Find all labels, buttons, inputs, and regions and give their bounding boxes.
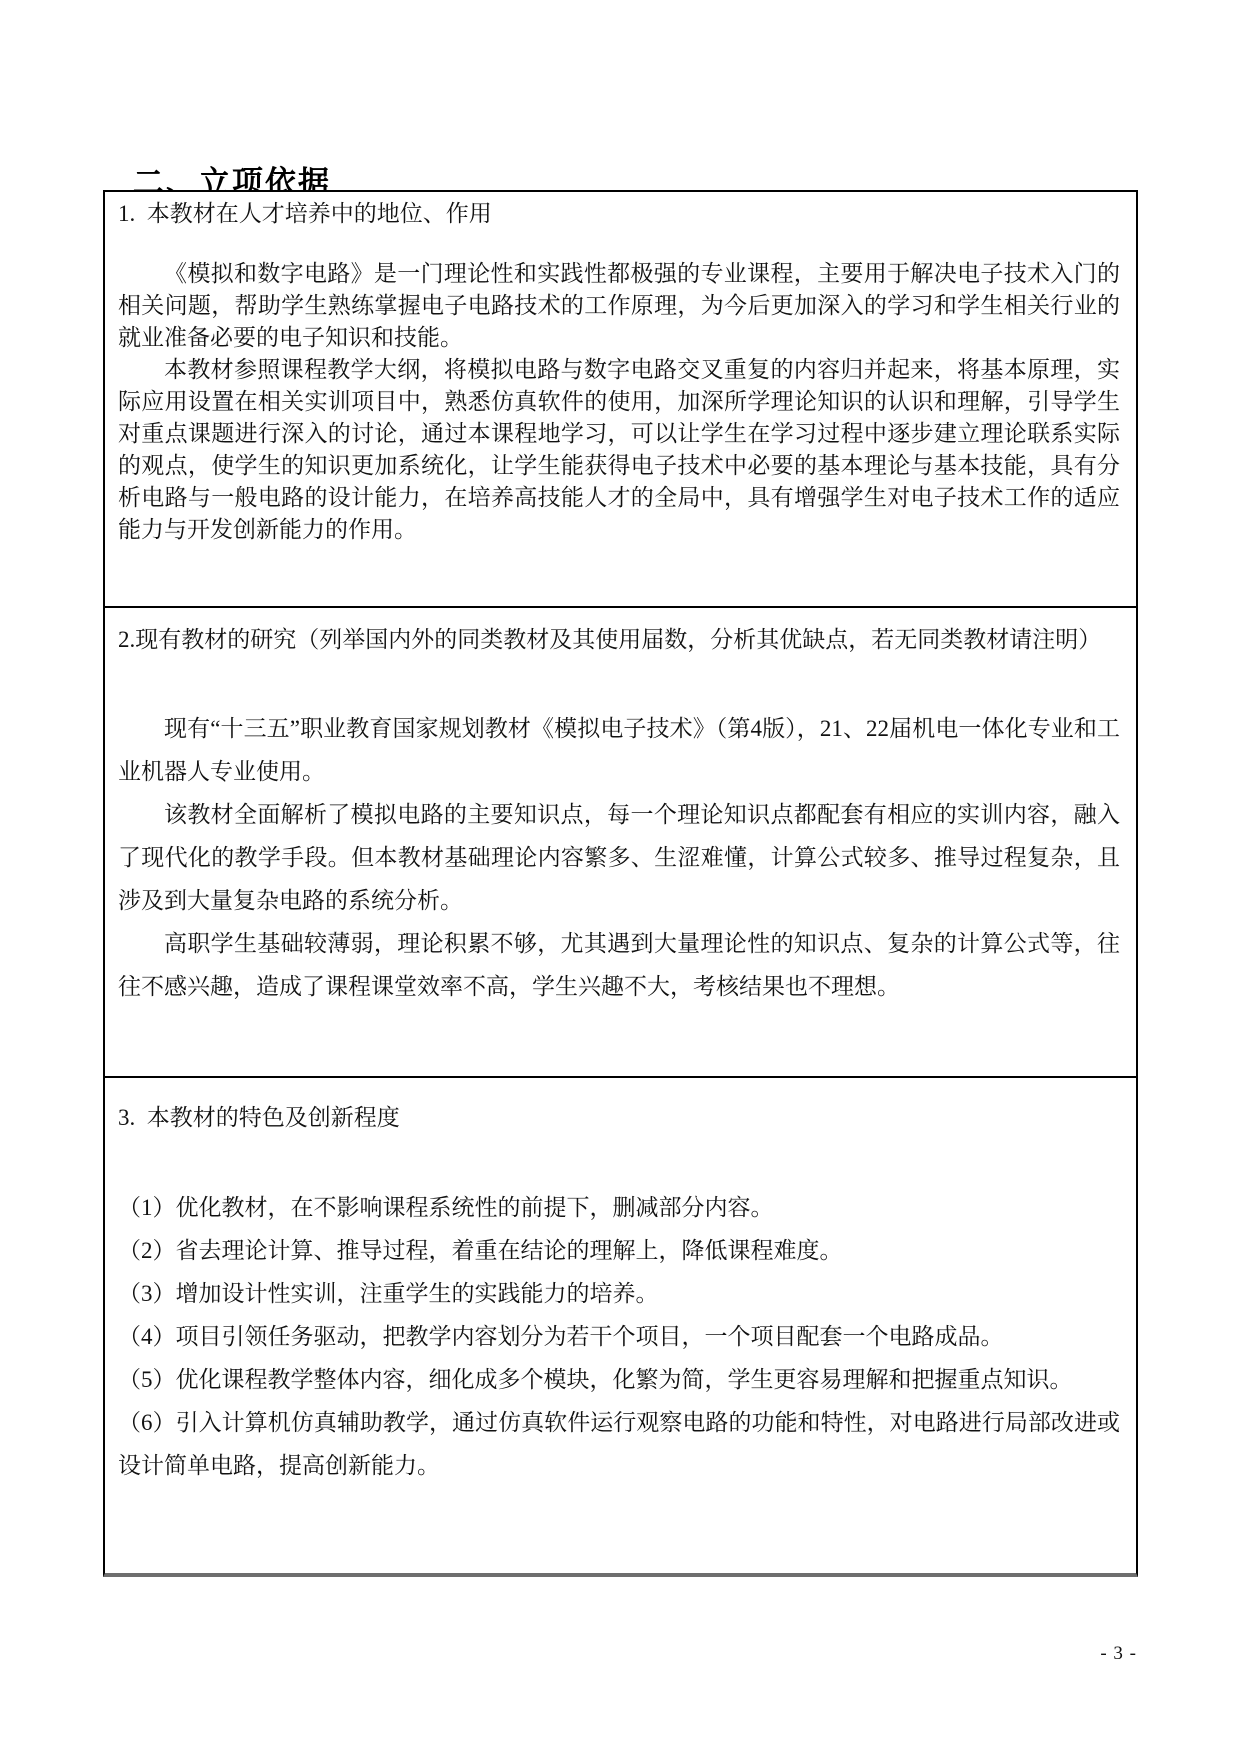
feature-item: （6）引入计算机仿真辅助教学，通过仿真软件运行观察电路的功能和特性，对电路进行局… bbox=[118, 1401, 1120, 1487]
section-textbook-role: 1. 本教材在人才培养中的地位、作用 《模拟和数字电路》是一门理论性和实践性都极… bbox=[105, 192, 1136, 606]
section-features-innovation: 3. 本教材的特色及创新程度 （1）优化教材，在不影响课程系统性的前提下，删减部… bbox=[105, 1076, 1136, 1573]
feature-item: （1）优化教材，在不影响课程系统性的前提下，删减部分内容。 bbox=[118, 1186, 1120, 1229]
feature-item: （5）优化课程教学整体内容，细化成多个模块，化繁为简，学生更容易理解和把握重点知… bbox=[118, 1358, 1120, 1401]
page-number: - 3 - bbox=[1100, 1643, 1137, 1665]
section-2-paragraph: 该教材全面解析了模拟电路的主要知识点，每一个理论知识点都配套有相应的实训内容，融… bbox=[118, 793, 1120, 922]
project-basis-table: 1. 本教材在人才培养中的地位、作用 《模拟和数字电路》是一门理论性和实践性都极… bbox=[103, 190, 1138, 1577]
section-1-paragraph: 《模拟和数字电路》是一门理论性和实践性都极强的专业课程，主要用于解决电子技术入门… bbox=[118, 258, 1120, 354]
document-page: 二、立项依据 1. 本教材在人才培养中的地位、作用 《模拟和数字电路》是一门理论… bbox=[0, 0, 1240, 1753]
section-2-paragraph: 现有“十三五”职业教育国家规划教材《模拟电子技术》（第4版），21、22届机电一… bbox=[118, 707, 1120, 793]
section-3-heading: 3. 本教材的特色及创新程度 bbox=[118, 1102, 1120, 1134]
section-2-heading: 2.现有教材的研究（列举国内外的同类教材及其使用届数，分析其优缺点，若无同类教材… bbox=[118, 618, 1120, 661]
feature-item: （2）省去理论计算、推导过程，着重在结论的理解上，降低课程难度。 bbox=[118, 1229, 1120, 1272]
section-1-paragraph: 本教材参照课程教学大纲，将模拟电路与数字电路交叉重复的内容归并起来，将基本原理，… bbox=[118, 354, 1120, 546]
feature-item: （3）增加设计性实训，注重学生的实践能力的培养。 bbox=[118, 1272, 1120, 1315]
feature-item: （4）项目引领任务驱动，把教学内容划分为若干个项目，一个项目配套一个电路成品。 bbox=[118, 1315, 1120, 1358]
section-2-paragraph: 高职学生基础较薄弱，理论积累不够，尤其遇到大量理论性的知识点、复杂的计算公式等，… bbox=[118, 922, 1120, 1008]
section-1-heading: 1. 本教材在人才培养中的地位、作用 bbox=[118, 198, 1120, 230]
section-existing-textbook-research: 2.现有教材的研究（列举国内外的同类教材及其使用届数，分析其优缺点，若无同类教材… bbox=[105, 606, 1136, 1076]
